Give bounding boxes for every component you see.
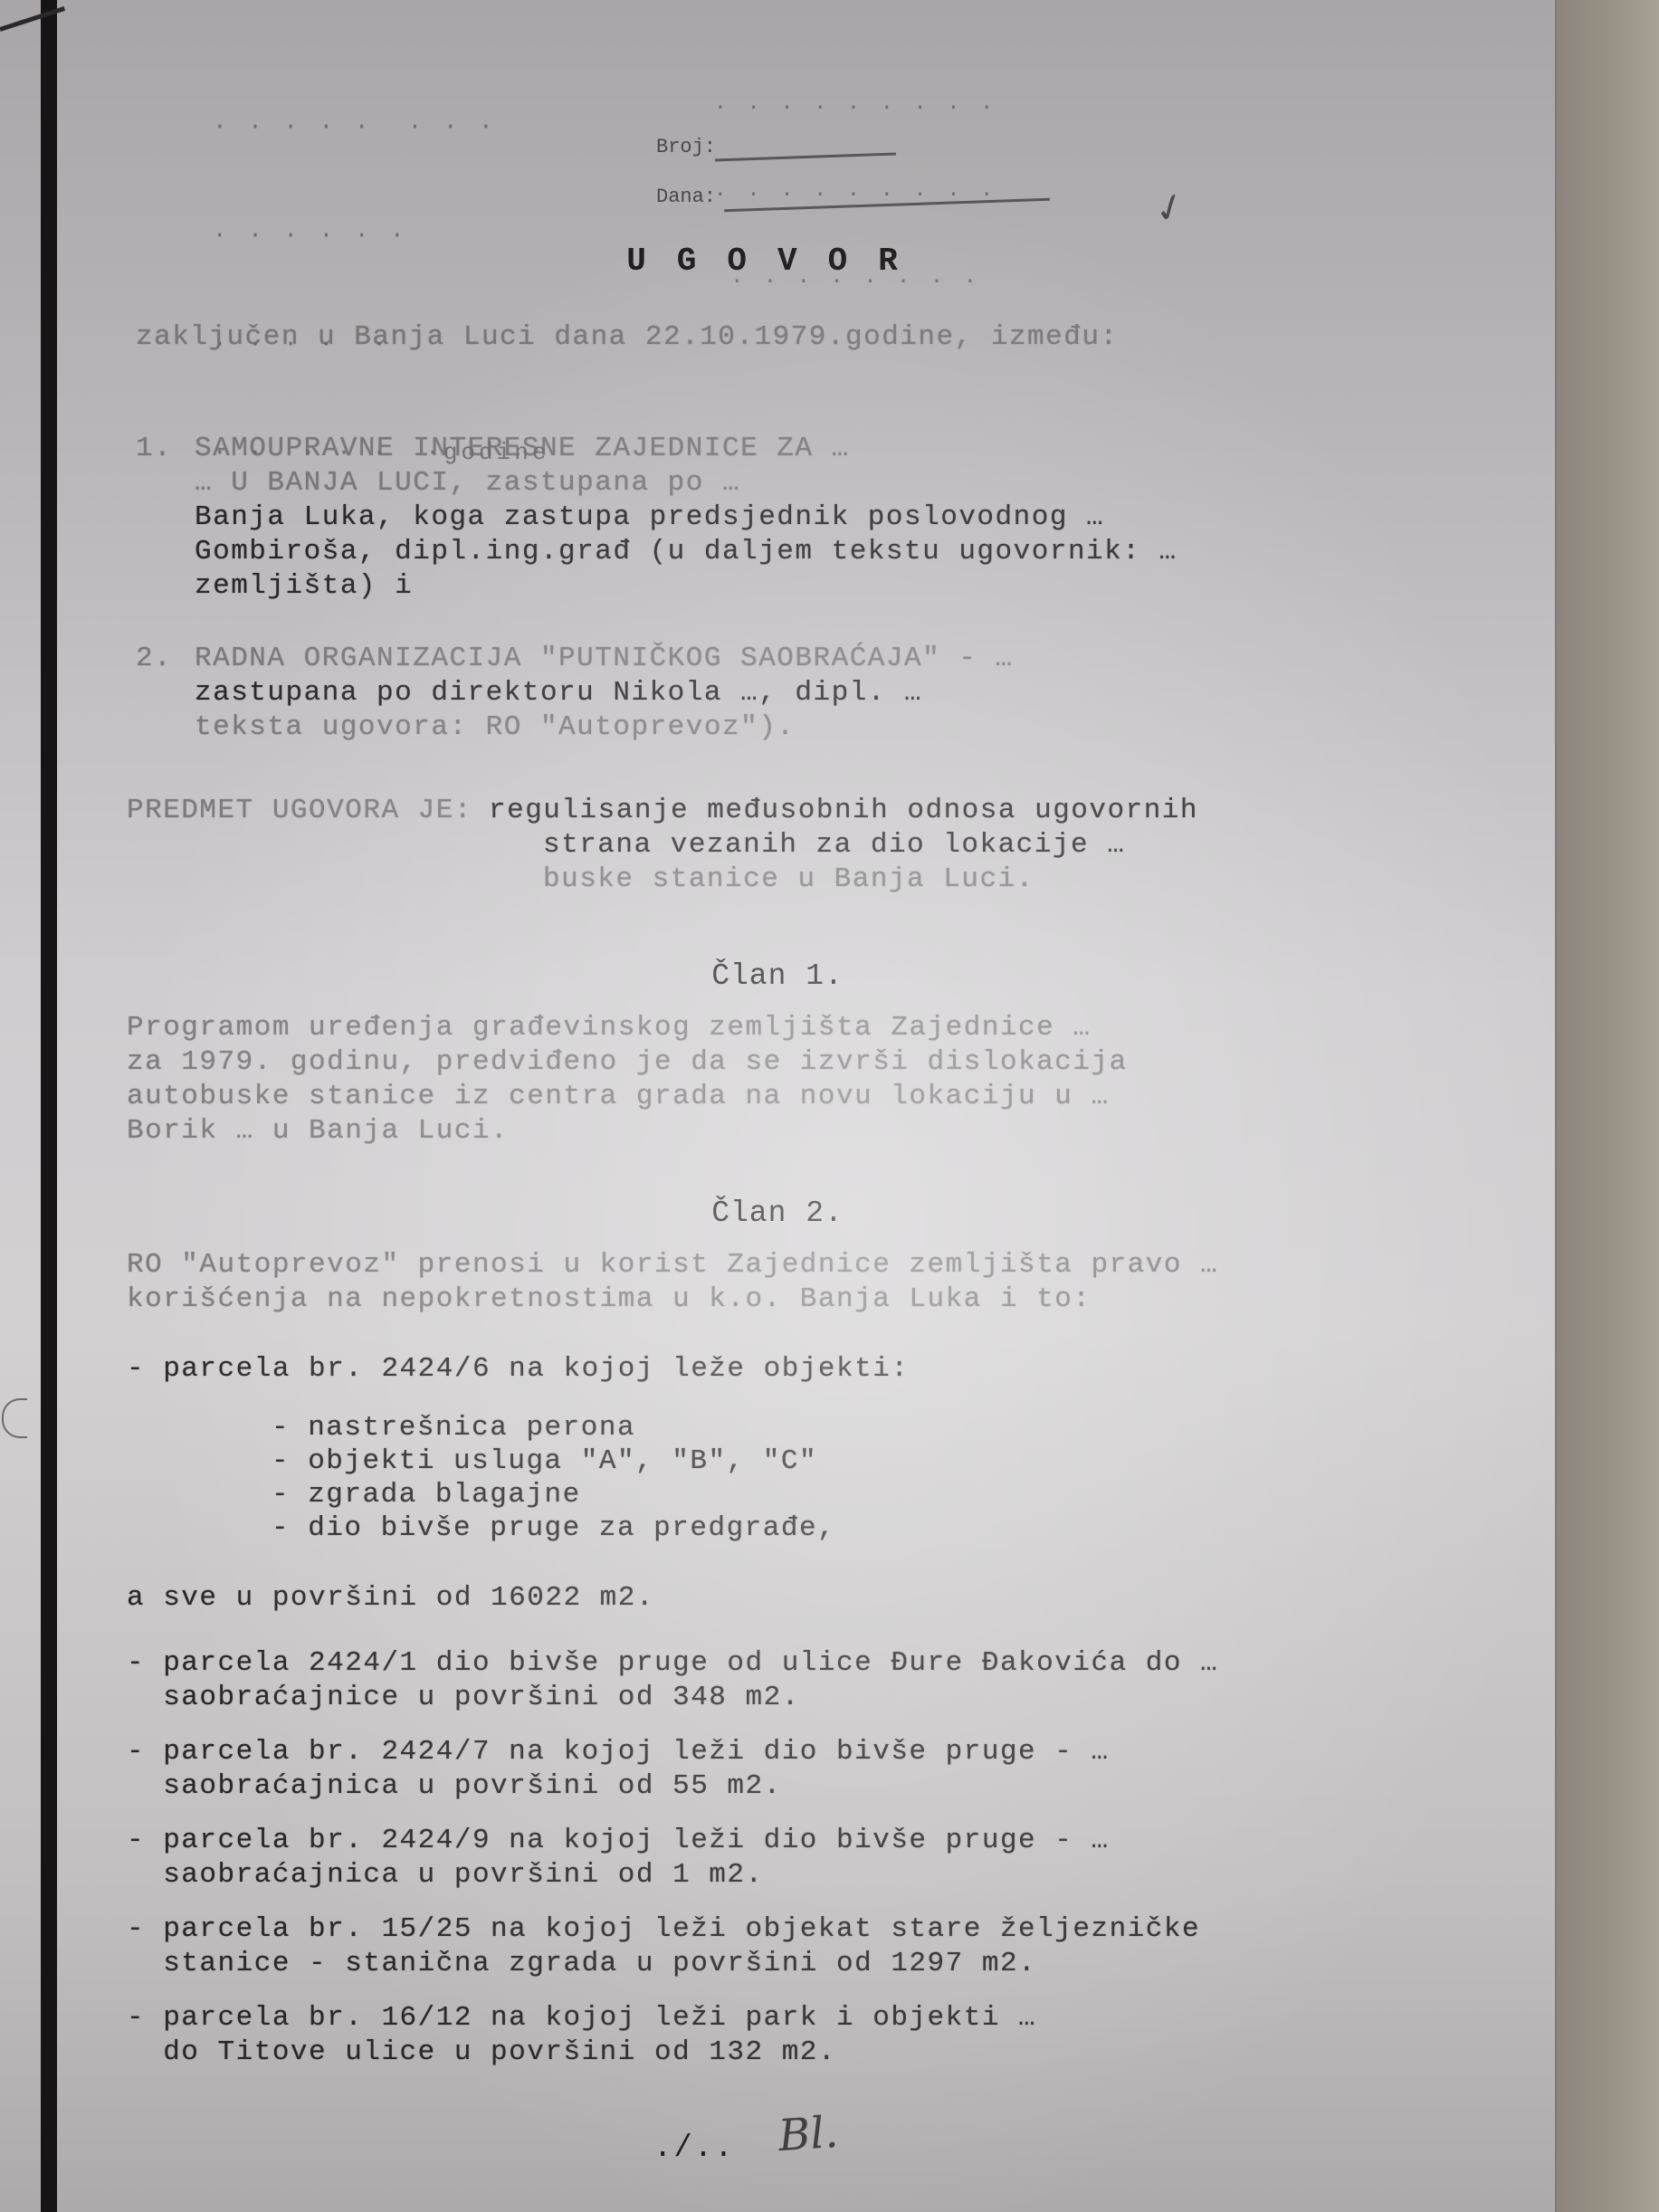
sub-item: - zgrada blagajne xyxy=(272,1479,581,1511)
party-1-line: SAMOUPRAVNE INTERESNE ZAJEDNICE ZA … xyxy=(195,433,850,464)
parcel-line: stanice - stanična zgrada u površini od … xyxy=(127,1948,1036,1979)
subject-line: strana vezanih za dio lokacije … xyxy=(543,829,1125,861)
subject-line: buske stanice u Banja Luci. xyxy=(543,863,1034,895)
party-2-line: teksta ugovora: RO "Autoprevoz"). xyxy=(195,711,795,743)
party-1-line: … U BANJA LUCI, zastupana po … xyxy=(195,467,740,499)
stamp-dana-label: Dana: xyxy=(656,186,716,208)
parcel-line: saobraćajnica u površini od 1 m2. xyxy=(127,1859,764,1891)
parcel-line: - parcela 2424/1 dio bivše pruge od ulic… xyxy=(127,1647,1218,1679)
document-title: UGOVOR xyxy=(0,243,1555,280)
parcel-line: - parcela br. 15/25 na kojoj leži objeka… xyxy=(127,1913,1200,1945)
area-line: a sve u površini od 16022 m2. xyxy=(127,1582,654,1614)
article-1-line: autobuske stanice iz centra grada na nov… xyxy=(127,1081,1110,1112)
check-mark: ✓ xyxy=(1148,181,1193,234)
article-1-heading: Član 1. xyxy=(0,959,1555,993)
parcel-main: - parcela br. 2424/6 na kojoj leže objek… xyxy=(127,1353,909,1385)
party-1-number: 1. xyxy=(136,433,172,464)
party-1-line: Gombiroša, dipl.ing.građ (u daljem tekst… xyxy=(195,536,1178,567)
party-1-line: zemljišta) i xyxy=(195,570,413,602)
parcel-line: saobraćajnica u površini od 55 m2. xyxy=(127,1770,782,1802)
article-2-intro-line: RO "Autoprevoz" prenosi u korist Zajedni… xyxy=(127,1249,1218,1281)
document-page: · · · · · · · · · · · · · · · · · · · · … xyxy=(0,0,1557,2212)
parcel-line: - parcela br. 16/12 na kojoj leži park i… xyxy=(127,2002,1036,2034)
article-1-line: Programom uređenja građevinskog zemljišt… xyxy=(127,1012,1091,1044)
parcel-line: - parcela br. 2424/9 na kojoj leži dio b… xyxy=(127,1825,1110,1856)
sub-item: - nastrešnica perona xyxy=(272,1412,635,1444)
background-surface xyxy=(1552,0,1659,2212)
party-2-line: RADNA ORGANIZACIJA "PUTNIČKOG SAOBRAĆAJA… xyxy=(195,643,1014,674)
subject-line: regulisanje međusobnih odnosa ugovornih xyxy=(489,795,1198,826)
sub-item: - dio bivše pruge za predgrađe, xyxy=(272,1512,835,1544)
parcel-line: - parcela br. 2424/7 na kojoj leži dio b… xyxy=(127,1736,1110,1768)
subject-label: PREDMET UGOVORA JE: xyxy=(127,795,472,826)
article-1-line: za 1979. godinu, predviđeno je da se izv… xyxy=(127,1046,1128,1078)
article-2-heading: Član 2. xyxy=(0,1197,1555,1230)
stamp-left-line: · · · · · · · · xyxy=(213,109,549,145)
intro-line: zaključen u Banja Luci dana 22.10.1979.g… xyxy=(136,321,1119,353)
article-1-line: Borik … u Banja Luci. xyxy=(127,1115,509,1147)
party-2-line: zastupana po direktoru Nikola …, dipl. … xyxy=(195,677,922,709)
stamp-right-line: · · · · · · · · · xyxy=(638,94,1073,123)
party-1-line: Banja Luka, koga zastupa predsjednik pos… xyxy=(195,501,1104,533)
punch-hole xyxy=(2,1398,27,1438)
sub-item: - objekti usluga "A", "B", "C" xyxy=(272,1445,817,1477)
article-2-intro-line: korišćenja na nepokretnostima u k.o. Ban… xyxy=(127,1283,1091,1315)
parcel-line: do Titove ulice u površini od 132 m2. xyxy=(127,2036,836,2068)
continuation-mark: ./.. xyxy=(653,2131,735,2166)
parcel-line: saobraćajnice u površini od 348 m2. xyxy=(127,1682,800,1713)
stamp-broj-label: Broj: xyxy=(656,136,716,158)
binding-edge xyxy=(41,0,57,2212)
party-2-number: 2. xyxy=(136,643,172,674)
handwritten-initials: Bl. xyxy=(777,2107,840,2161)
